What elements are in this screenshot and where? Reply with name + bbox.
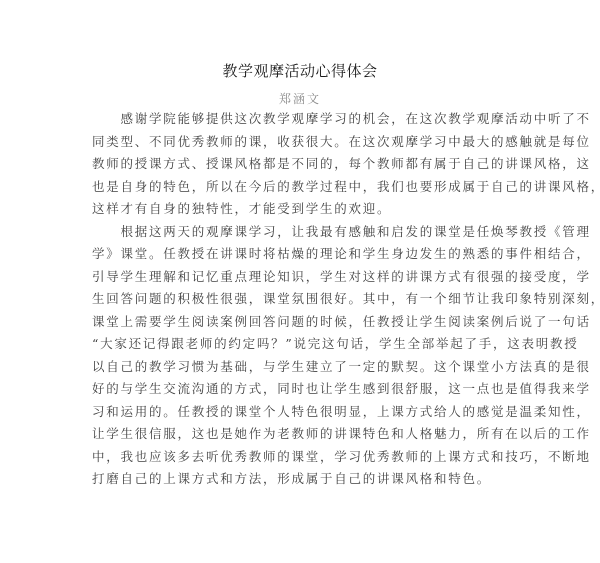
document-author: 郑涵文 [0,90,600,107]
paragraph-2-line-8: 好的与学生交流沟通的方式，同时也让学生感到很舒服，这一点也是值得我来学 [92,378,510,401]
paragraph-2-line-6: “大家还记得跟老师的约定吗？”说完这句话，学生全部举起了手，这表明教授 [92,333,510,356]
document-title: 教学观摩活动心得体会 [0,60,600,81]
paragraph-2-line-9: 习和运用的。任教授的课堂个人特色很明显，上课方式给人的感觉是温柔知性， [92,401,510,424]
paragraph-2-line-4: 生回答问题的积极性很强，课堂氛围很好。其中，有一个细节让我印象特别深刻， [92,288,510,311]
paragraph-2-line-11: 中，我也应该多去听优秀教师的课堂，学习优秀教师的上课方式和技巧，不断地 [92,446,510,469]
document-body: 感谢学院能够提供这次教学观摩学习的机会，在这次教学观摩活动中听了不 同类型、不同… [92,108,510,491]
paragraph-2-line-7: 以自己的教学习惯为基础，与学生建立了一定的默契。这个课堂小方法真的是很 [92,356,510,379]
document-page: 教学观摩活动心得体会 郑涵文 感谢学院能够提供这次教学观摩学习的机会，在这次教学… [0,0,600,563]
paragraph-2-line-3: 引导学生理解和记忆重点理论知识，学生对这样的讲课方式有很强的接受度，学 [92,266,510,289]
paragraph-1-line-2: 同类型、不同优秀教师的课，收获很大。在这次观摩学习中最大的感触就是每位 [92,131,510,154]
paragraph-2-line-12: 打磨自己的上课方式和方法，形成属于自己的讲课风格和特色。 [92,468,510,491]
paragraph-1-line-5: 这样才有自身的独特性，才能受到学生的欢迎。 [92,198,510,221]
paragraph-2-line-10: 让学生很信服，这也是她作为老教师的讲课特色和人格魅力，所有在以后的工作 [92,423,510,446]
paragraph-1-line-3: 教师的授课方式、授课风格都是不同的，每个教师都有属于自己的讲课风格，这 [92,153,510,176]
paragraph-2-line-2: 学》课堂。任教授在讲课时将枯燥的理论和学生身边发生的熟悉的事件相结合， [92,243,510,266]
paragraph-1-line-1: 感谢学院能够提供这次教学观摩学习的机会，在这次教学观摩活动中听了不 [92,108,510,131]
paragraph-2-line-1: 根据这两天的观摩课学习，让我最有感触和启发的课堂是任焕琴教授《管理 [92,221,510,244]
paragraph-2-line-5: 课堂上需要学生阅读案例回答问题的时候，任教授让学生阅读案例后说了一句话 [92,311,510,334]
paragraph-1-line-4: 也是自身的特色，所以在今后的教学过程中，我们也要形成属于自己的讲课风格， [92,176,510,199]
